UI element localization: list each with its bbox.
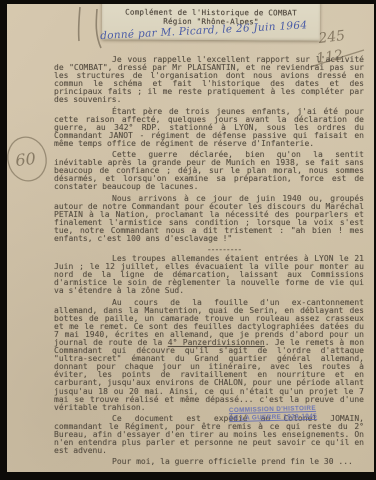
paragraph-text: . Je le remets à mon Commandant qui déco… (54, 338, 364, 412)
archive-stamp: COMMISSION D'HISTOIRE DE LA GUERRE 1939-… (229, 405, 317, 422)
paragraph: Étant père de trois jeunes enfants, j'ai… (54, 108, 364, 148)
pencil-circle (3, 133, 51, 185)
pencil-page-number: 245 (317, 28, 347, 47)
paragraph: Je vous rappelle l'excellent rapport sur… (54, 56, 364, 105)
scanned-document-page: 60 245 112 Complément de l'Historique de… (0, 0, 376, 480)
section-separator: --------- (54, 246, 364, 253)
document-body: Je vous rappelle l'excellent rapport sur… (54, 56, 364, 469)
paragraph: Les troupes allemandes étaient entrées à… (54, 255, 364, 295)
paragraph: Cette guerre déclarée, bien qu'on la sen… (54, 151, 364, 191)
pencil-stroke (79, 7, 80, 41)
paragraph: Au cours de la fouille d'un ex-cantonnem… (54, 299, 364, 412)
scan-edge-top (0, 0, 376, 4)
scan-edge-bottom (0, 472, 376, 480)
paragraph: Nous arrivons à ce jour de juin 1940 ou,… (54, 195, 364, 244)
closing-line: Pour moi, la guerre officielle prend fin… (54, 458, 364, 466)
scan-edge-left (0, 0, 7, 480)
circled-number: 60 (14, 149, 36, 170)
paragraph: Ce document est expédié au Colonel JOMAI… (54, 415, 364, 455)
